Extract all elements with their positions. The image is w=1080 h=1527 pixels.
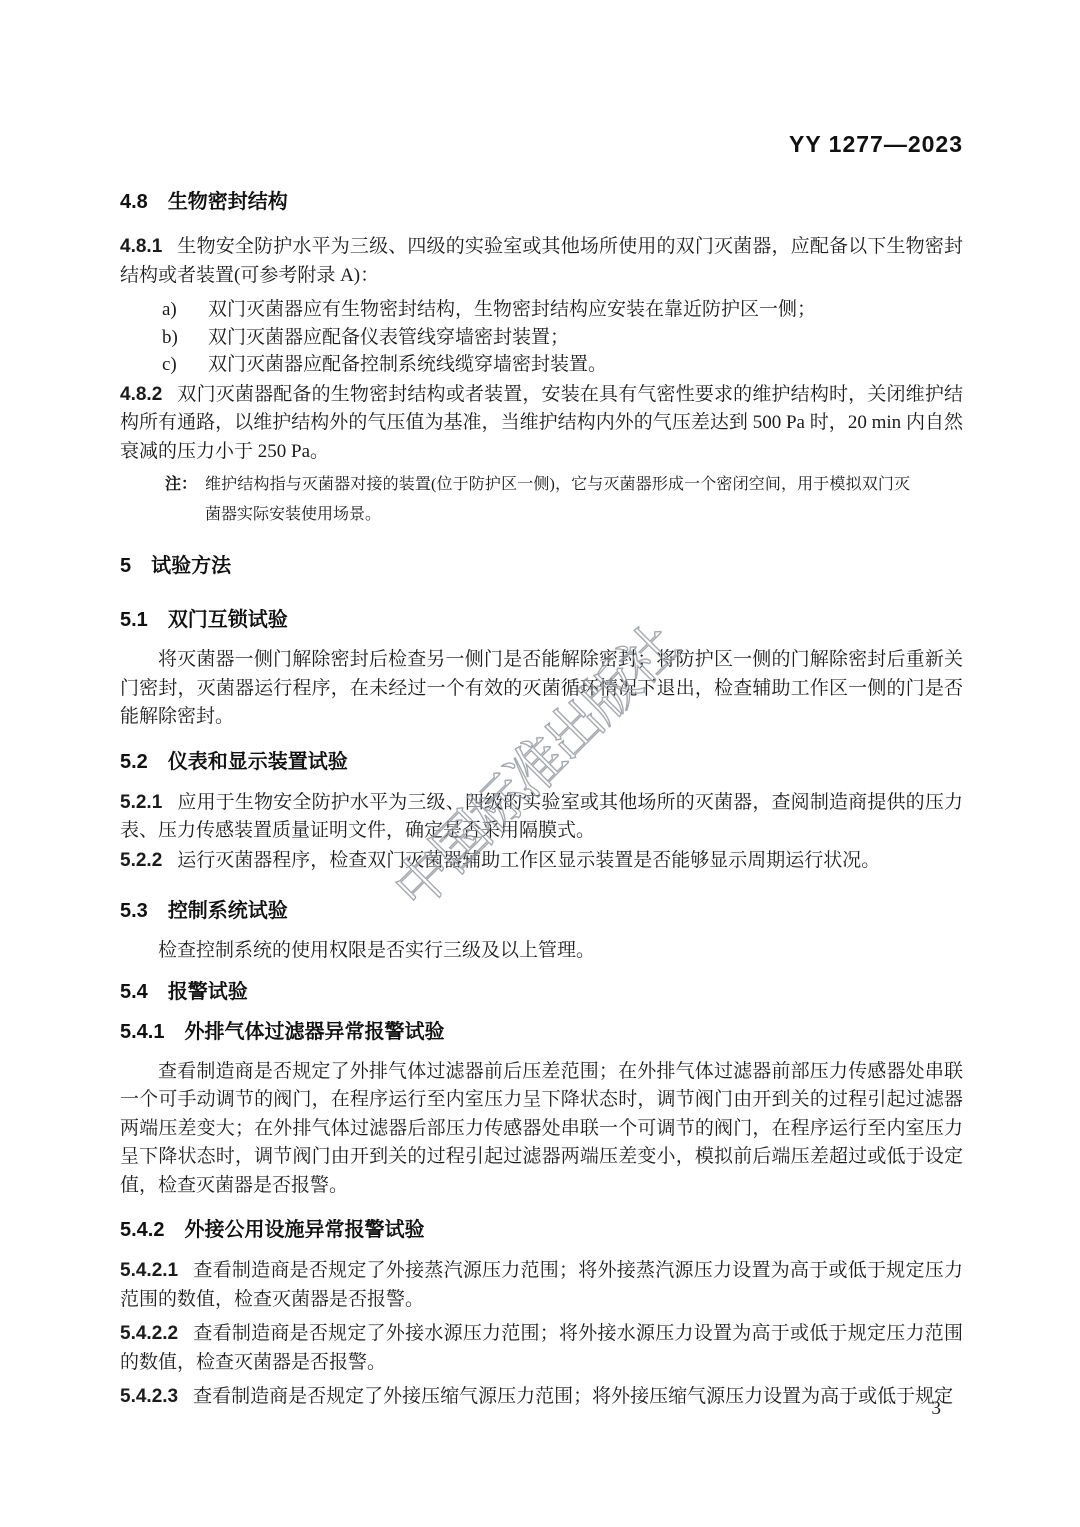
section-number: 5.3 bbox=[120, 900, 148, 922]
section-number: 5.2 bbox=[120, 751, 148, 773]
clause-4-8-1: 4.8.1生物安全防护水平为三级、四级的实验室或其他场所使用的双门灭菌器，应配备… bbox=[120, 233, 963, 290]
clause-number: 5.4.2.1 bbox=[120, 1260, 178, 1281]
requirement-list: a) 双门灭菌器应有生物密封结构，生物密封结构应安装在靠近防护区一侧； b) 双… bbox=[120, 296, 963, 379]
section-title: 仪表和显示装置试验 bbox=[168, 751, 348, 773]
paragraph-5-3: 检查控制系统的使用权限是否实行三级及以上管理。 bbox=[120, 937, 963, 966]
list-item-label: b) bbox=[162, 324, 208, 352]
clause-number: 4.8.2 bbox=[120, 384, 162, 405]
section-heading-5-3: 5.3控制系统试验 bbox=[120, 897, 963, 925]
section-heading-5-1: 5.1双门互锁试验 bbox=[120, 606, 963, 634]
section-heading-5-4-2: 5.4.2外接公用设施异常报警试验 bbox=[120, 1216, 963, 1244]
section-title: 控制系统试验 bbox=[168, 900, 288, 922]
clause-text: 生物安全防护水平为三级、四级的实验室或其他场所使用的双门灭菌器，应配备以下生物密… bbox=[120, 236, 963, 286]
section-number: 5 bbox=[120, 555, 131, 577]
list-item-text: 双门灭菌器应有生物密封结构，生物密封结构应安装在靠近防护区一侧； bbox=[208, 296, 963, 324]
clause-number: 5.4.2.2 bbox=[120, 1323, 178, 1344]
note-label: 注： bbox=[165, 470, 197, 530]
note-block: 注： 维护结构指与灭菌器对接的装置(位于防护区一侧)，它与灭菌器形成一个密闭空间… bbox=[120, 470, 963, 530]
page-number: 3 bbox=[120, 1398, 963, 1420]
clause-number: 5.2.1 bbox=[120, 792, 162, 813]
section-number: 4.8 bbox=[120, 191, 148, 213]
section-heading-5-2: 5.2仪表和显示装置试验 bbox=[120, 748, 963, 776]
clause-text: 查看制造商是否规定了外接水源压力范围；将外接水源压力设置为高于或低于规定压力范围… bbox=[120, 1323, 963, 1373]
standard-code: YY 1277—2023 bbox=[120, 131, 963, 157]
section-title: 外排气体过滤器异常报警试验 bbox=[184, 1021, 444, 1043]
clause-5-2-1: 5.2.1应用于生物安全防护水平为三级、四级的实验室或其他场所的灭菌器，查阅制造… bbox=[120, 789, 963, 846]
section-number: 5.4.1 bbox=[120, 1021, 164, 1043]
paragraph-5-1: 将灭菌器一侧门解除密封后检查另一侧门是否能解除密封；将防护区一侧的门解除密封后重… bbox=[120, 646, 963, 732]
section-heading-5-4-1: 5.4.1外排气体过滤器异常报警试验 bbox=[120, 1018, 963, 1046]
section-title: 生物密封结构 bbox=[168, 191, 288, 213]
page-content: YY 1277—2023 4.8生物密封结构 4.8.1生物安全防护水平为三级、… bbox=[120, 131, 963, 1412]
clause-4-8-2: 4.8.2双门灭菌器配备的生物密封结构或者装置，安装在具有气密性要求的维护结构时… bbox=[120, 381, 963, 467]
section-title: 外接公用设施异常报警试验 bbox=[184, 1219, 424, 1241]
section-number: 5.1 bbox=[120, 609, 148, 631]
clause-text: 查看制造商是否规定了外接蒸汽源压力范围；将外接蒸汽源压力设置为高于或低于规定压力… bbox=[120, 1260, 963, 1310]
document-page: YY 1277—2023 4.8生物密封结构 4.8.1生物安全防护水平为三级、… bbox=[0, 0, 1080, 1527]
clause-number: 4.8.1 bbox=[120, 236, 162, 257]
clause-number: 5.2.2 bbox=[120, 850, 162, 871]
list-item-label: a) bbox=[162, 296, 208, 324]
list-item-c: c) 双门灭菌器应配备控制系统线缆穿墙密封装置。 bbox=[120, 351, 963, 379]
clause-text: 运行灭菌器程序，检查双门灭菌器辅助工作区显示装置是否能够显示周期运行状况。 bbox=[177, 850, 880, 871]
list-item-label: c) bbox=[162, 351, 208, 379]
list-item-a: a) 双门灭菌器应有生物密封结构，生物密封结构应安装在靠近防护区一侧； bbox=[120, 296, 963, 324]
clause-5-4-2-2: 5.4.2.2查看制造商是否规定了外接水源压力范围；将外接水源压力设置为高于或低… bbox=[120, 1320, 963, 1377]
clause-text: 双门灭菌器配备的生物密封结构或者装置，安装在具有气密性要求的维护结构时，关闭维护… bbox=[120, 384, 963, 462]
section-heading-4-8: 4.8生物密封结构 bbox=[120, 188, 963, 216]
section-title: 双门互锁试验 bbox=[168, 609, 288, 631]
list-item-text: 双门灭菌器应配备仪表管线穿墙密封装置； bbox=[208, 324, 963, 352]
section-number: 5.4.2 bbox=[120, 1219, 164, 1241]
section-heading-5: 5试验方法 bbox=[120, 552, 963, 580]
section-heading-5-4: 5.4报警试验 bbox=[120, 978, 963, 1006]
list-item-text: 双门灭菌器应配备控制系统线缆穿墙密封装置。 bbox=[208, 351, 963, 379]
section-title: 报警试验 bbox=[168, 981, 248, 1003]
clause-text: 应用于生物安全防护水平为三级、四级的实验室或其他场所的灭菌器，查阅制造商提供的压… bbox=[120, 792, 963, 842]
list-item-b: b) 双门灭菌器应配备仪表管线穿墙密封装置； bbox=[120, 324, 963, 352]
note-text: 维护结构指与灭菌器对接的装置(位于防护区一侧)，它与灭菌器形成一个密闭空间，用于… bbox=[205, 470, 910, 530]
clause-5-4-2-1: 5.4.2.1查看制造商是否规定了外接蒸汽源压力范围；将外接蒸汽源压力设置为高于… bbox=[120, 1257, 963, 1314]
clause-5-2-2: 5.2.2运行灭菌器程序，检查双门灭菌器辅助工作区显示装置是否能够显示周期运行状… bbox=[120, 847, 963, 876]
paragraph-5-4-1: 查看制造商是否规定了外排气体过滤器前后压差范围；在外排气体过滤器前部压力传感器处… bbox=[120, 1058, 963, 1201]
section-title: 试验方法 bbox=[151, 555, 231, 577]
section-number: 5.4 bbox=[120, 981, 148, 1003]
